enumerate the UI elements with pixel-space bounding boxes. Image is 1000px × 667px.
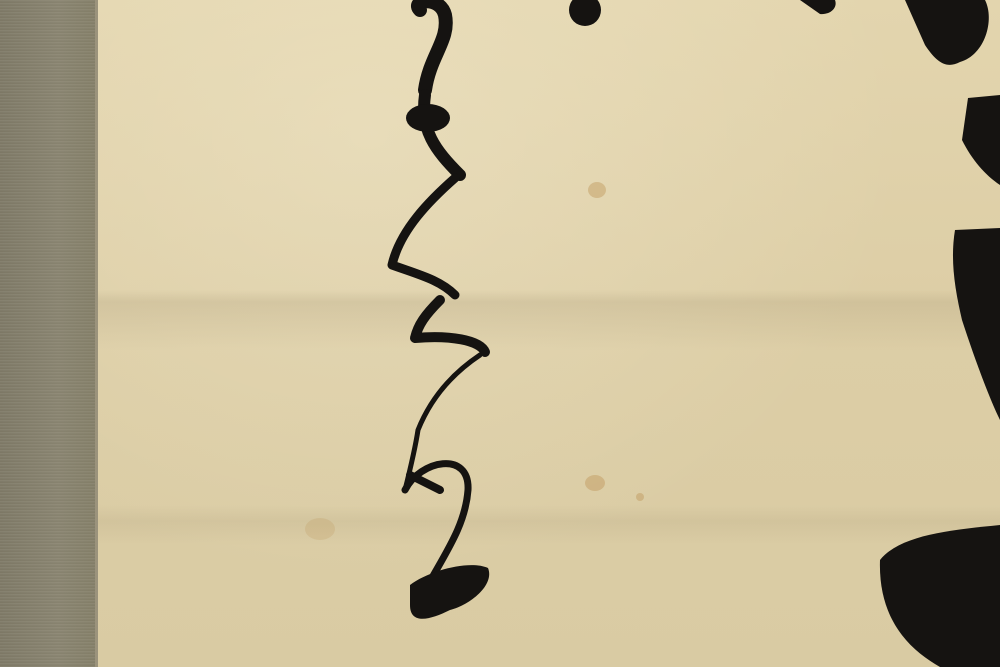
scroll-photo	[0, 0, 1000, 667]
calligraphy-ink	[0, 0, 1000, 667]
